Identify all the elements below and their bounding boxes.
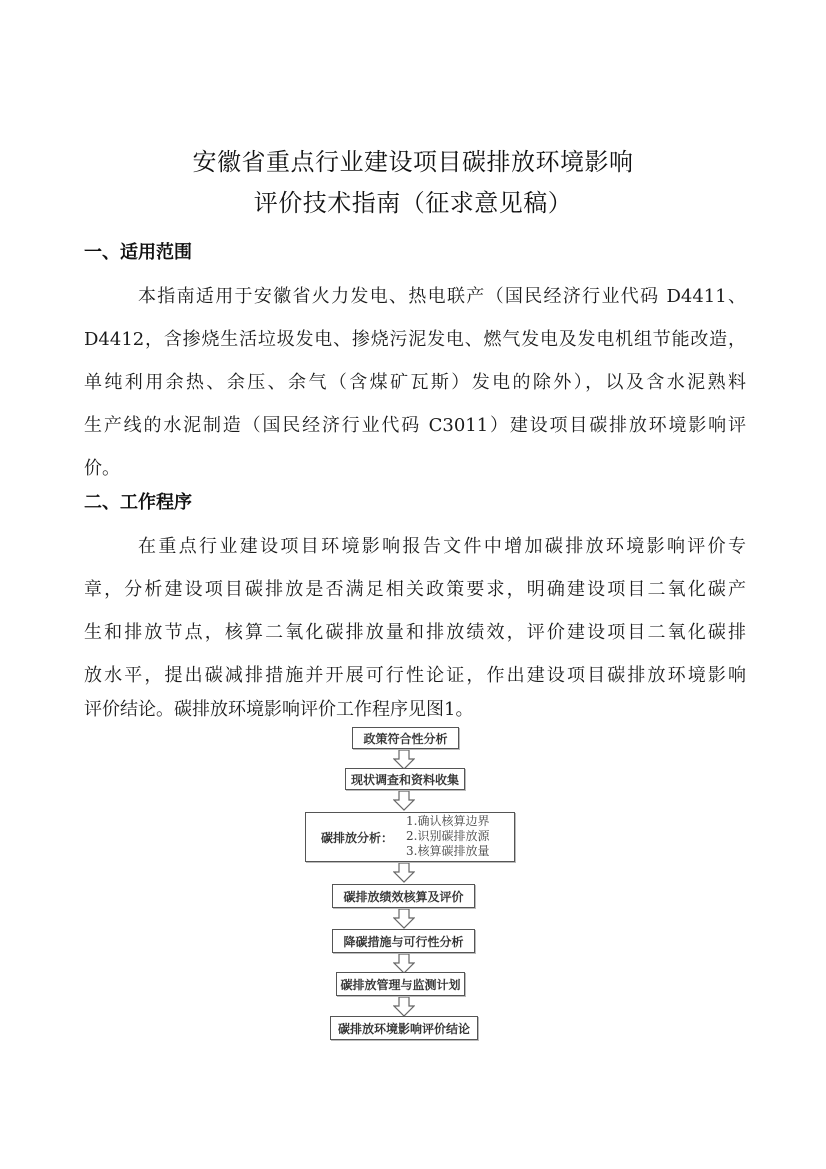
section-heading-procedure: 二、工作程序 [84,488,192,514]
down-arrow-icon [393,954,415,974]
paragraph-line: 生产线的水泥制造（国民经济行业代码 C3011）建设项目碳排放环境影响评 [84,411,746,437]
down-arrow-icon [393,863,415,883]
analysis-step: 1.确认核算边界 [406,814,489,829]
analysis-step: 2.识别碳排放源 [406,829,489,844]
flow-box-performance: 碳排放绩效核算及评价 [332,884,475,908]
analysis-step: 3.核算碳排放量 [406,844,489,859]
paragraph-line: 评价结论。碳排放环境影响评价工作程序见图1。 [84,695,746,721]
flow-box-management: 碳排放管理与监测计划 [336,972,465,996]
paragraph-line: 放水平，提出碳减排措施并开展可行性论证，作出建设项目碳排放环境影响 [84,661,746,687]
paragraph-line: 在重点行业建设项目环境影响报告文件中增加碳排放环境影响评价专 [138,532,746,558]
paragraph-line: 章，分析建设项目碳排放是否满足相关政策要求，明确建设项目二氧化碳产 [84,575,746,601]
down-arrow-icon [393,750,415,770]
down-arrow-icon [393,909,415,929]
paragraph-line: D4412，含掺烧生活垃圾发电、掺烧污泥发电、燃气发电及发电机组节能改造， [84,325,746,351]
down-arrow-icon [393,791,415,811]
paragraph-line: 价。 [84,454,746,480]
down-arrow-icon [393,997,415,1017]
analysis-label: 碳排放分析： [321,829,393,846]
analysis-steps: 1.确认核算边界 2.识别碳排放源 3.核算碳排放量 [406,814,489,859]
flow-box-reduction: 降碳措施与可行性分析 [332,929,475,953]
section-heading-scope: 一、适用范围 [84,238,192,264]
title-line-2: 评价技术指南（征求意见稿） [0,183,826,218]
paragraph-line: 生和排放节点，核算二氧化碳排放量和排放绩效，评价建设项目二氧化碳排 [84,618,746,644]
paragraph-line: 本指南适用于安徽省火力发电、热电联产（国民经济行业代码 D4411、 [138,282,746,308]
flow-box-survey: 现状调查和资料收集 [345,768,465,790]
title-line-1: 安徽省重点行业建设项目碳排放环境影响 [0,142,826,177]
flow-box-conclusion: 碳排放环境影响评价结论 [330,1016,478,1040]
paragraph-line: 单纯利用余热、余压、余气（含煤矿瓦斯）发电的除外），以及含水泥熟料 [84,368,746,394]
flow-box-policy: 政策符合性分析 [352,727,459,749]
